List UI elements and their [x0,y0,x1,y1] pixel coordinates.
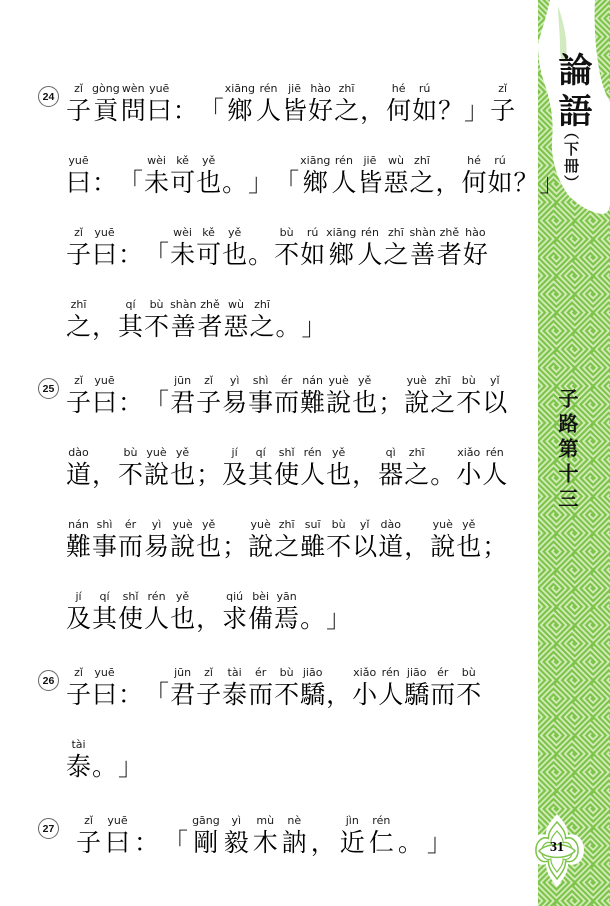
hanzi-with-pinyin: 可kě [196,242,221,269]
hanzi-with-pinyin: 子zǐ [490,98,515,125]
hanzi-with-pinyin: 曰yuē [147,98,172,125]
hanzi-with-pinyin: 子zǐ [66,242,91,269]
hanzi-with-pinyin: 問wèn [121,98,146,125]
text-line: 子zǐ曰yuē：「剛gāng毅yì木mù訥nè，近jìn仁rén。」 [66,814,543,886]
hanzi-with-pinyin: 也yě [326,462,351,489]
hanzi-with-pinyin: 而ér [248,682,273,709]
punctuation: ， [92,462,117,489]
hanzi-with-pinyin: 曰yuē [66,170,91,197]
hanzi-with-pinyin: 鄉xiāng [225,98,255,125]
punctuation: ： [173,98,198,125]
hanzi-with-pinyin: 說yuè [248,534,273,561]
book-title: 論語 [547,52,596,134]
hanzi-with-pinyin: 驕jiāo [300,682,325,709]
hanzi-with-pinyin: 仁rén [369,830,394,857]
hanzi-with-pinyin: 說yuè [144,462,169,489]
hanzi-with-pinyin: 說yuè [404,390,429,417]
punctuation: ； [378,390,403,417]
text-line: 子zǐ曰yuē：「君jūn子zǐ易yì事shì而ér難nán說yuè也yě；說y… [66,374,543,446]
punctuation: 。 [248,242,273,269]
punctuation: 「 [274,170,299,197]
hanzi-with-pinyin: 善shàn [170,314,196,341]
hanzi-with-pinyin: 鄉xiāng [326,242,356,269]
hanzi-with-pinyin: 雖suī [300,534,325,561]
hanzi-with-pinyin: 如rú [412,98,437,125]
punctuation: 「 [199,98,224,125]
book-page: 論語 （下冊） 子路第十三 31 24子zǐ貢gòng問wèn曰yuē：「鄉xi… [0,0,610,906]
text-line: 道dào，不bù說yuè也yě；及jí其qí使shǐ人rén也yě，器qì之zh… [66,446,543,518]
hanzi-with-pinyin: 小xiǎo [456,462,481,489]
hanzi-with-pinyin: 不bù [274,682,299,709]
hanzi-with-pinyin: 之zhī [274,534,299,561]
hanzi-with-pinyin: 君jūn [170,390,195,417]
hanzi-with-pinyin: 而ér [274,390,299,417]
punctuation: 」 [326,606,351,633]
hanzi-with-pinyin: 曰yuē [92,390,117,417]
hanzi-with-pinyin: 子zǐ [196,390,221,417]
hanzi-with-pinyin: 之zhī [404,462,429,489]
hanzi-with-pinyin: 不bù [274,242,299,269]
hanzi-with-pinyin: 近jìn [340,830,365,857]
hanzi-with-pinyin: 貢gòng [92,98,120,125]
hanzi-with-pinyin: 不bù [456,390,481,417]
passage-section: 26子zǐ曰yuē：「君jūn子zǐ泰tài而ér不bù驕jiāo，小xiǎo人… [38,666,543,810]
punctuation: ， [92,314,117,341]
hanzi-with-pinyin: 曰yuē [105,830,130,857]
hanzi-with-pinyin: 之zhī [409,170,434,197]
hanzi-with-pinyin: 者zhě [437,242,462,269]
hanzi-with-pinyin: 道dào [66,462,91,489]
hanzi-with-pinyin: 毅yì [224,830,249,857]
hanzi-with-pinyin: 子zǐ [196,682,221,709]
hanzi-with-pinyin: 子zǐ [76,830,101,857]
punctuation: 「 [163,830,188,857]
hanzi-with-pinyin: 未wèi [170,242,195,269]
hanzi-with-pinyin: 以yǐ [482,390,507,417]
text-line: 之zhī，其qí不bù善shàn者zhě惡wù之zhī。」 [66,298,543,370]
hanzi-with-pinyin: 及jí [222,462,247,489]
hanzi-with-pinyin: 不bù [326,534,351,561]
chapter-title: 子路第十三 [552,388,581,513]
punctuation: ？ [438,98,463,125]
section-number-badge: 25 [38,378,59,399]
text-line: 難nán事shì而ér易yì說yuè也yě；說yuè之zhī雖suī不bù以yǐ… [66,518,543,590]
passage-section: 27子zǐ曰yuē：「剛gāng毅yì木mù訥nè，近jìn仁rén。」 [38,814,543,886]
hanzi-with-pinyin: 說yuè [170,534,195,561]
hanzi-with-pinyin: 者zhě [197,314,222,341]
hanzi-with-pinyin: 也yě [196,170,221,197]
hanzi-with-pinyin: 事shì [92,534,117,561]
hanzi-with-pinyin: 善shàn [409,242,435,269]
punctuation: ： [118,242,143,269]
hanzi-with-pinyin: 道dào [378,534,403,561]
passage-section: 25子zǐ曰yuē：「君jūn子zǐ易yì事shì而ér難nán說yuè也yě；… [38,374,543,662]
hanzi-with-pinyin: 好hào [463,242,488,269]
section-number-badge: 24 [38,86,59,107]
hanzi-with-pinyin: 不bù [144,314,169,341]
hanzi-with-pinyin: 之zhī [383,242,408,269]
hanzi-with-pinyin: 備bèi [248,606,273,633]
section-number-badge: 27 [38,818,59,839]
punctuation: ， [326,682,351,709]
hanzi-with-pinyin: 之zhī [334,98,359,125]
hanzi-with-pinyin: 也yě [352,390,377,417]
hanzi-with-pinyin: 驕jiāo [404,682,429,709]
hanzi-with-pinyin: 人rén [482,462,507,489]
hanzi-with-pinyin: 未wèi [144,170,169,197]
hanzi-with-pinyin: 君jūn [170,682,195,709]
passage-section: 24子zǐ貢gòng問wèn曰yuē：「鄉xiāng人rén皆jiē好hào之z… [38,82,543,370]
hanzi-with-pinyin: 惡wù [383,170,408,197]
punctuation: 」 [248,170,273,197]
hanzi-with-pinyin: 焉yān [274,606,299,633]
hanzi-with-pinyin: 其qí [248,462,273,489]
punctuation: 」 [464,98,489,125]
hanzi-with-pinyin: 以yǐ [352,534,377,561]
punctuation: ？ [514,170,539,197]
hanzi-with-pinyin: 事shì [248,390,273,417]
punctuation: 」 [427,830,452,857]
hanzi-with-pinyin: 器qì [378,462,403,489]
text-line: 泰tài。」 [66,738,543,810]
hanzi-with-pinyin: 木mù [253,830,278,857]
punctuation: 。 [92,754,117,781]
hanzi-with-pinyin: 而ér [118,534,143,561]
punctuation: 」 [540,170,565,197]
hanzi-with-pinyin: 小xiǎo [352,682,377,709]
hanzi-with-pinyin: 人rén [331,170,356,197]
punctuation: ： [118,682,143,709]
punctuation: ， [196,606,221,633]
hanzi-with-pinyin: 使shǐ [274,462,299,489]
text-line: 及jí其qí使shǐ人rén也yě，求qiú備bèi焉yān。」 [66,590,543,662]
hanzi-with-pinyin: 泰tài [222,682,247,709]
hanzi-with-pinyin: 也yě [196,534,221,561]
hanzi-with-pinyin: 難nán [66,534,91,561]
hanzi-with-pinyin: 曰yuē [92,242,117,269]
punctuation: 」 [302,314,327,341]
hanzi-with-pinyin: 難nán [300,390,325,417]
punctuation: 。 [430,462,455,489]
hanzi-with-pinyin: 剛gāng [192,830,220,857]
hanzi-with-pinyin: 泰tài [66,754,91,781]
punctuation: 「 [144,390,169,417]
hanzi-with-pinyin: 之zhī [66,314,91,341]
punctuation: 。 [398,830,423,857]
hanzi-with-pinyin: 說yuè [430,534,455,561]
hanzi-with-pinyin: 易yì [222,390,247,417]
page-number: 31 [541,840,573,856]
punctuation: ； [482,534,507,561]
hanzi-with-pinyin: 人rén [256,98,281,125]
punctuation: ， [435,170,460,197]
hanzi-with-pinyin: 惡wù [224,314,249,341]
hanzi-with-pinyin: 人rén [357,242,382,269]
punctuation: 「 [118,170,143,197]
hanzi-with-pinyin: 之zhī [250,314,275,341]
punctuation: 「 [144,682,169,709]
section-number-badge: 26 [38,670,59,691]
punctuation: ， [404,534,429,561]
text-line: 子zǐ貢gòng問wèn曰yuē：「鄉xiāng人rén皆jiē好hào之zhī… [66,82,543,154]
text-line: 曰yuē：「未wèi可kě也yě。」「鄉xiāng人rén皆jiē惡wù之zhī… [66,154,543,226]
punctuation: 。 [276,314,301,341]
punctuation: 「 [144,242,169,269]
hanzi-with-pinyin: 其qí [92,606,117,633]
punctuation: ： [134,830,159,857]
hanzi-with-pinyin: 好hào [308,98,333,125]
passage-content: 24子zǐ貢gòng問wèn曰yuē：「鄉xiāng人rén皆jiē好hào之z… [38,82,543,890]
hanzi-with-pinyin: 訥nè [282,830,307,857]
hanzi-with-pinyin: 不bù [456,682,481,709]
hanzi-with-pinyin: 何hé [461,170,486,197]
hanzi-with-pinyin: 之zhī [430,390,455,417]
hanzi-with-pinyin: 及jí [66,606,91,633]
punctuation: ； [222,534,247,561]
hanzi-with-pinyin: 何hé [386,98,411,125]
punctuation: ： [92,170,117,197]
hanzi-with-pinyin: 子zǐ [66,390,91,417]
hanzi-with-pinyin: 也yě [170,462,195,489]
hanzi-with-pinyin: 易yì [144,534,169,561]
hanzi-with-pinyin: 子zǐ [66,682,91,709]
punctuation: ； [196,462,221,489]
hanzi-with-pinyin: 說yuè [326,390,351,417]
hanzi-with-pinyin: 曰yuē [92,682,117,709]
hanzi-with-pinyin: 而ér [430,682,455,709]
hanzi-with-pinyin: 人rén [144,606,169,633]
punctuation: 」 [118,754,143,781]
hanzi-with-pinyin: 可kě [170,170,195,197]
punctuation: 。 [300,606,325,633]
punctuation: ： [118,390,143,417]
punctuation: ， [360,98,385,125]
text-line: 子zǐ曰yuē：「君jūn子zǐ泰tài而ér不bù驕jiāo，小xiǎo人ré… [66,666,543,738]
hanzi-with-pinyin: 不bù [118,462,143,489]
hanzi-with-pinyin: 也yě [456,534,481,561]
hanzi-with-pinyin: 也yě [222,242,247,269]
punctuation: ， [311,830,336,857]
hanzi-with-pinyin: 人rén [378,682,403,709]
hanzi-with-pinyin: 也yě [170,606,195,633]
hanzi-with-pinyin: 使shǐ [118,606,143,633]
hanzi-with-pinyin: 如rú [488,170,513,197]
hanzi-with-pinyin: 如rú [300,242,325,269]
hanzi-with-pinyin: 皆jiē [357,170,382,197]
hanzi-with-pinyin: 其qí [118,314,143,341]
punctuation: 。 [222,170,247,197]
hanzi-with-pinyin: 鄉xiāng [300,170,330,197]
punctuation: ， [352,462,377,489]
text-line: 子zǐ曰yuē：「未wèi可kě也yě。不bù如rú鄉xiāng人rén之zhī… [66,226,543,298]
hanzi-with-pinyin: 人rén [300,462,325,489]
hanzi-with-pinyin: 求qiú [222,606,247,633]
hanzi-with-pinyin: 皆jiē [282,98,307,125]
hanzi-with-pinyin: 子zǐ [66,98,91,125]
